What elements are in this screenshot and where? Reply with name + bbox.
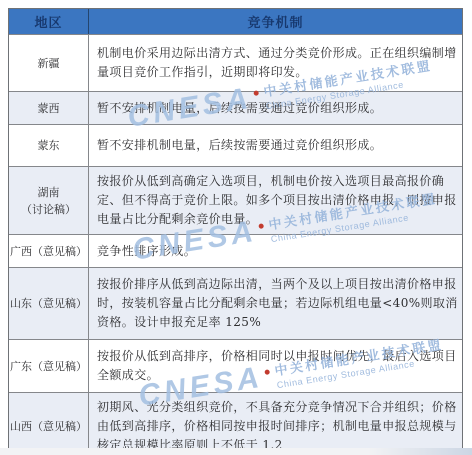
region-name-line: 湖南 <box>38 184 60 201</box>
table-row: 广西（意见稿）竞争性排序形成。 <box>9 234 462 267</box>
competition-mechanism-table: 地区 竞争机制 新疆机制电价采用边际出清方式、通过分类竞价形成。正在组织编制增量… <box>8 8 463 448</box>
region-cell: 山西（意见稿） <box>9 393 89 455</box>
mechanism-cell: 按报价从低到高排序，价格相同时以申报时间优先，最后入选项目全额成交。 <box>89 340 462 392</box>
page: 地区 竞争机制 新疆机制电价采用边际出清方式、通过分类竞价形成。正在组织编制增量… <box>0 0 472 455</box>
mechanism-text: 按报价从低到高排序，价格相同时以申报时间优先，最后入选项目全额成交。 <box>97 347 458 385</box>
table-row: 蒙西暂不安排机制电量，后续按需要通过竞价组织形成。 <box>9 91 462 124</box>
mechanism-cell: 竞争性排序形成。 <box>89 235 462 267</box>
region-name-line: 山西（意见稿） <box>10 418 87 435</box>
table-row: 湖南（讨论稿）按报价从低到高确定入选项目，机制电价按入选项目最高报价确定、但不得… <box>9 166 462 234</box>
region-name-line: 广东（意见稿） <box>10 358 87 375</box>
table-header-row: 地区 竞争机制 <box>9 9 462 34</box>
region-cell: 山东（意见稿） <box>9 268 89 339</box>
table-row: 山东（意见稿）按报价排序从低到高边际出清，当两个及以上项目按出清价格申报时，按装… <box>9 267 462 339</box>
region-name-line: 蒙西 <box>38 100 60 117</box>
mechanism-text: 初期风、光分类组织竞价，不具备充分竞争情况下合并组织；价格由低到高排序，价格相同… <box>97 398 458 455</box>
mechanism-text: 按报价排序从低到高边际出清，当两个及以上项目按出清价格申报时，按装机容量占比分配… <box>97 275 458 332</box>
column-header-region: 地区 <box>9 9 89 34</box>
region-cell: 蒙东 <box>9 125 89 166</box>
table-row: 蒙东暂不安排机制电量，后续按需要通过竞价组织形成。 <box>9 124 462 166</box>
mechanism-text: 暂不安排机制电量，后续按需要通过竞价组织形成。 <box>97 136 382 155</box>
mechanism-cell: 初期风、光分类组织竞价，不具备充分竞争情况下合并组织；价格由低到高排序，价格相同… <box>89 393 462 455</box>
mechanism-cell: 暂不安排机制电量，后续按需要通过竞价组织形成。 <box>89 92 462 124</box>
page-bottom-strip <box>0 448 472 455</box>
region-cell: 湖南（讨论稿） <box>9 167 89 234</box>
region-name-line: 广西（意见稿） <box>10 243 87 260</box>
mechanism-cell: 按报价排序从低到高边际出清，当两个及以上项目按出清价格申报时，按装机容量占比分配… <box>89 268 462 339</box>
region-cell: 新疆 <box>9 35 89 91</box>
table-row: 山西（意见稿）初期风、光分类组织竞价，不具备充分竞争情况下合并组织；价格由低到高… <box>9 392 462 455</box>
region-cell: 广西（意见稿） <box>9 235 89 267</box>
table-row: 广东（意见稿）按报价从低到高排序，价格相同时以申报时间优先，最后入选项目全额成交… <box>9 339 462 392</box>
region-cell: 蒙西 <box>9 92 89 124</box>
region-name-line: （讨论稿） <box>21 201 76 218</box>
mechanism-cell: 按报价从低到高确定入选项目，机制电价按入选项目最高报价确定、但不得高于竞价上限。… <box>89 167 462 234</box>
region-name-line: 新疆 <box>38 55 60 72</box>
table-body: 新疆机制电价采用边际出清方式、通过分类竞价形成。正在组织编制增量项目竞价工作指引… <box>9 34 462 455</box>
mechanism-text: 按报价从低到高确定入选项目，机制电价按入选项目最高报价确定、但不得高于竞价上限。… <box>97 172 458 229</box>
mechanism-cell: 机制电价采用边际出清方式、通过分类竞价形成。正在组织编制增量项目竞价工作指引，近… <box>89 35 462 91</box>
region-name-line: 蒙东 <box>38 137 60 154</box>
region-cell: 广东（意见稿） <box>9 340 89 392</box>
column-header-mechanism: 竞争机制 <box>89 9 462 34</box>
mechanism-text: 暂不安排机制电量，后续按需要通过竞价组织形成。 <box>97 99 382 118</box>
mechanism-text: 竞争性排序形成。 <box>97 242 196 261</box>
mechanism-text: 机制电价采用边际出清方式、通过分类竞价形成。正在组织编制增量项目竞价工作指引，近… <box>97 44 458 82</box>
mechanism-cell: 暂不安排机制电量，后续按需要通过竞价组织形成。 <box>89 125 462 166</box>
table-row: 新疆机制电价采用边际出清方式、通过分类竞价形成。正在组织编制增量项目竞价工作指引… <box>9 34 462 91</box>
region-name-line: 山东（意见稿） <box>10 295 87 312</box>
